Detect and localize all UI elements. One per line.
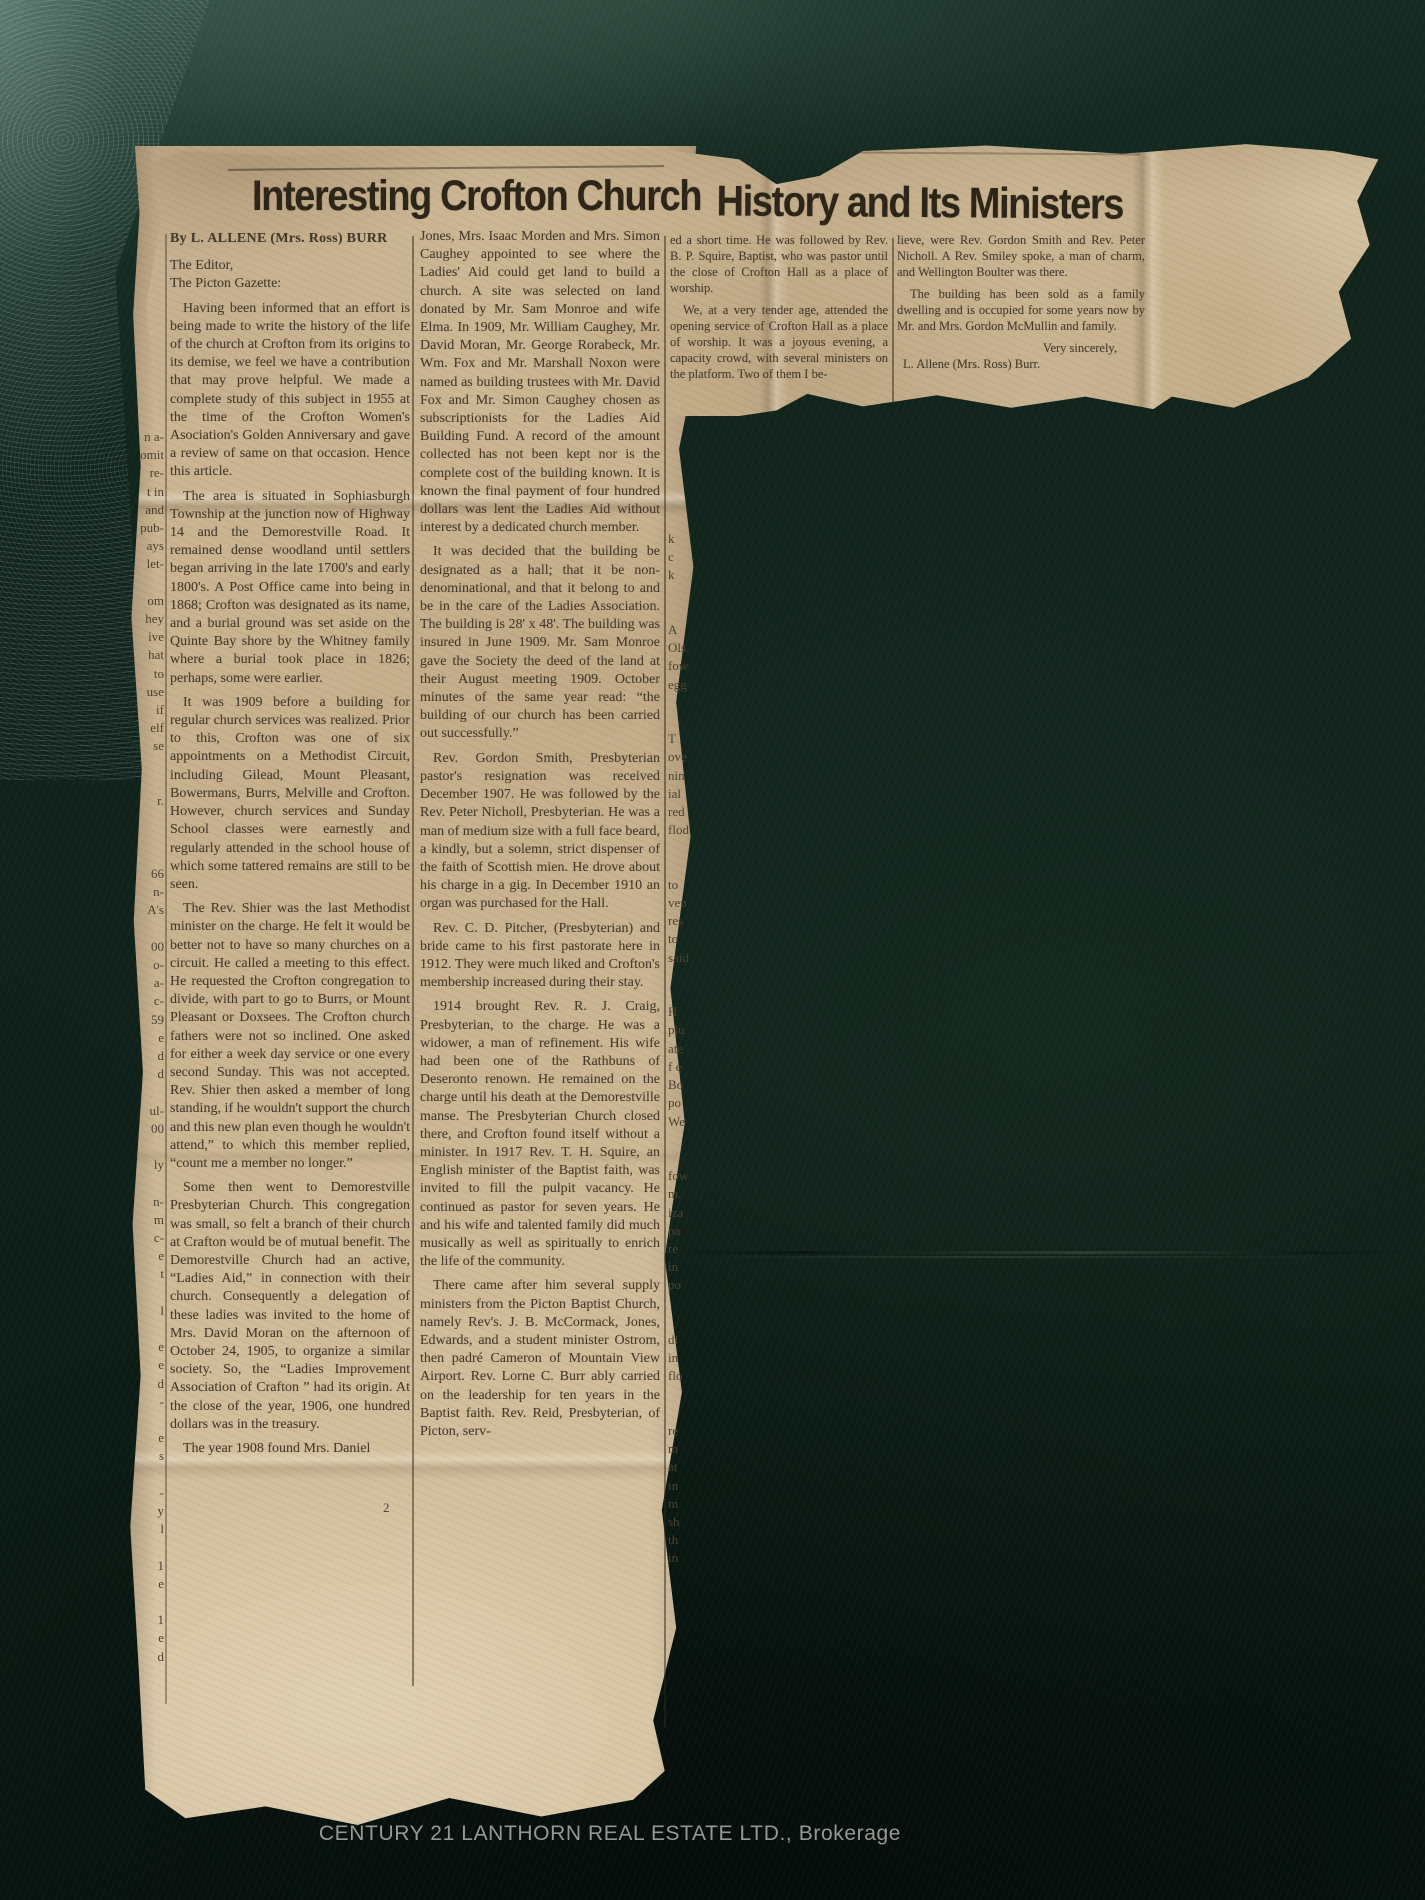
- paragraph: Some then went to Demorestville Presbyte…: [170, 1179, 410, 1434]
- paragraph: ed a short time. He was followed by Rev.…: [670, 232, 888, 296]
- paragraph: 1914 brought Rev. R. J. Craig, Presbyter…: [420, 998, 660, 1271]
- letter-signoff: Very sincerely,: [897, 340, 1145, 356]
- paragraph: The year 1908 found Mrs. Daniel: [170, 1440, 410, 1458]
- paragraph: Rev. C. D. Pitcher, (Presbyterian) and b…: [420, 920, 660, 993]
- torn-left-column-fragments: n a- omit re- t in and pub- ays let- om …: [128, 428, 164, 1758]
- paragraph: It was 1909 before a building for regula…: [170, 694, 410, 894]
- paragraph: The building has been sold as a family d…: [897, 286, 1145, 334]
- paragraph: Rev. Gordon Smith, Presbyterian pastor's…: [420, 750, 660, 914]
- watermark: CENTURY 21 LANTHORN REAL ESTATE LTD., Br…: [300, 1822, 920, 1846]
- paragraph: There came after him several supply mini…: [420, 1277, 660, 1441]
- stray-printed-mark: 2: [383, 1500, 390, 1516]
- column-rule-3-4: [892, 238, 894, 404]
- headline: Interesting Crofton ChurchHistory and It…: [252, 172, 1124, 221]
- column-4: lieve, were Rev. Gordon Smith and Rev. P…: [897, 232, 1145, 418]
- letter-signature: L. Allene (Mrs. Ross) Burr.: [897, 356, 1145, 372]
- paragraph: We, at a very tender age, attended the o…: [670, 302, 888, 382]
- column-rule-left: [165, 234, 167, 1704]
- column-rule-2-3: [664, 236, 666, 1728]
- paragraph: The Rev. Shier was the last Methodist mi…: [170, 900, 410, 1173]
- paragraph: It was decided that the building be desi…: [420, 543, 660, 743]
- paragraph: The area is situated in Sophiasburgh Tow…: [170, 488, 410, 688]
- leather-seam: [665, 1251, 1425, 1254]
- column-1: By L. ALLENE (Mrs. Ross) BURR The Editor…: [170, 230, 410, 1795]
- headline-right-part: History and Its Ministers: [717, 177, 1124, 229]
- photo-of-newspaper-clipping: { "colors": { "paper": "#cdb895", "ink":…: [0, 0, 1425, 1900]
- column-rule-1-2: [412, 236, 414, 1686]
- headline-left-part: Interesting Crofton Church: [252, 172, 701, 220]
- column-2: Jones, Mrs. Isaac Morden and Mrs. Simon …: [420, 228, 660, 1773]
- column-3: ed a short time. He was followed by Rev.…: [670, 232, 888, 418]
- torn-right-column-fragments: k c k A Ols fow egg T ove nin ial red fl…: [668, 530, 701, 1760]
- leather-seam-highlight: [700, 1256, 1420, 1258]
- letter-address: The Editor, The Picton Gazette:: [170, 257, 410, 293]
- paragraph: Jones, Mrs. Isaac Morden and Mrs. Simon …: [420, 228, 660, 537]
- paragraph: Having been informed that an effort is b…: [170, 300, 410, 482]
- byline: By L. ALLENE (Mrs. Ross) BURR: [170, 230, 410, 248]
- paragraph: lieve, were Rev. Gordon Smith and Rev. P…: [897, 232, 1145, 280]
